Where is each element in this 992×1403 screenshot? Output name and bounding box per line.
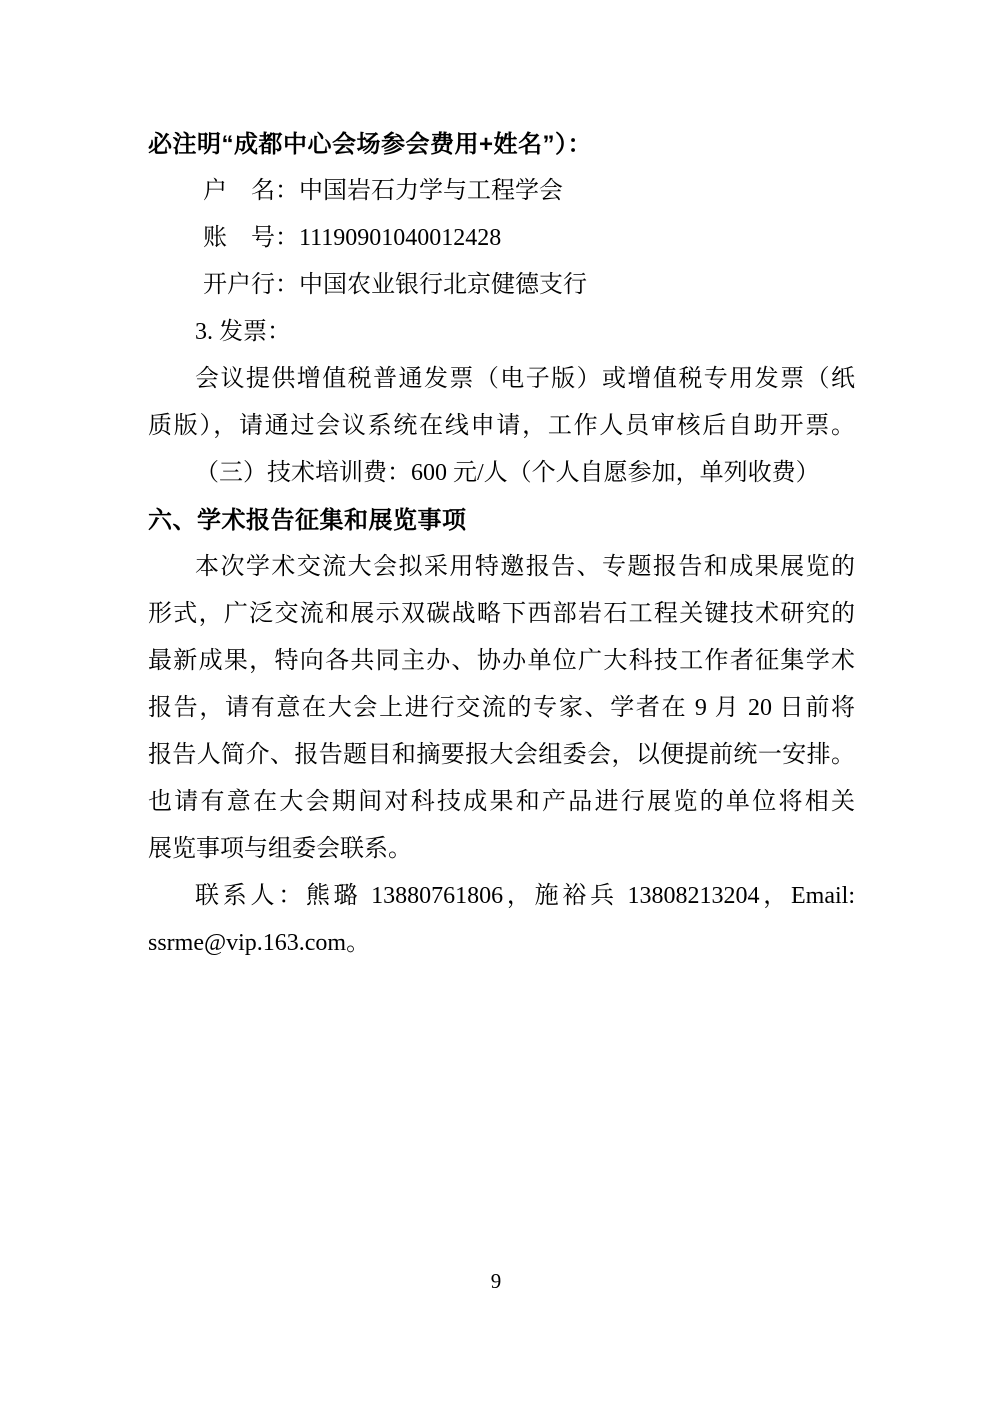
report-para-line-1: 本次学术交流大会拟采用特邀报告、专题报告和成果展览的 bbox=[148, 544, 855, 591]
contact-email-line: ssrme@vip.163.com。 bbox=[148, 920, 855, 967]
payment-note-line: 必注明“成都中心会场参会费用+姓名”）： bbox=[148, 121, 855, 168]
section-heading: 六、学术报告征集和展览事项 bbox=[148, 497, 855, 544]
page-number: 9 bbox=[0, 1266, 992, 1296]
bank-branch-line: 开户行：中国农业银行北京健德支行 bbox=[148, 262, 855, 309]
account-number-line: 账 号：11190901040012428 bbox=[148, 215, 855, 262]
account-name-line: 户 名：中国岩石力学与工程学会 bbox=[148, 168, 855, 215]
invoice-para-line-2: 质版），请通过会议系统在线申请，工作人员审核后自助开票。 bbox=[148, 403, 855, 450]
training-fee-line: （三）技术培训费：600 元/人（个人自愿参加，单列收费） bbox=[148, 450, 855, 497]
report-para-line-7: 展览事项与组委会联系。 bbox=[148, 826, 855, 873]
report-para-line-3: 最新成果，特向各共同主办、协办单位广大科技工作者征集学术 bbox=[148, 638, 855, 685]
report-para-line-6: 也请有意在大会期间对科技成果和产品进行展览的单位将相关 bbox=[148, 779, 855, 826]
document-body: 必注明“成都中心会场参会费用+姓名”）： 户 名：中国岩石力学与工程学会 账 号… bbox=[148, 121, 855, 967]
invoice-label-line: 3. 发票： bbox=[148, 309, 855, 356]
report-para-line-5: 报告人简介、报告题目和摘要报大会组委会，以便提前统一安排。 bbox=[148, 732, 855, 779]
report-para-line-2: 形式，广泛交流和展示双碳战略下西部岩石工程关键技术研究的 bbox=[148, 591, 855, 638]
invoice-para-line-1: 会议提供增值税普通发票（电子版）或增值税专用发票（纸 bbox=[148, 356, 855, 403]
contact-line: 联系人：熊璐 13880761806，施裕兵 13808213204，Email… bbox=[148, 873, 855, 920]
report-para-line-4: 报告，请有意在大会上进行交流的专家、学者在 9 月 20 日前将 bbox=[148, 685, 855, 732]
